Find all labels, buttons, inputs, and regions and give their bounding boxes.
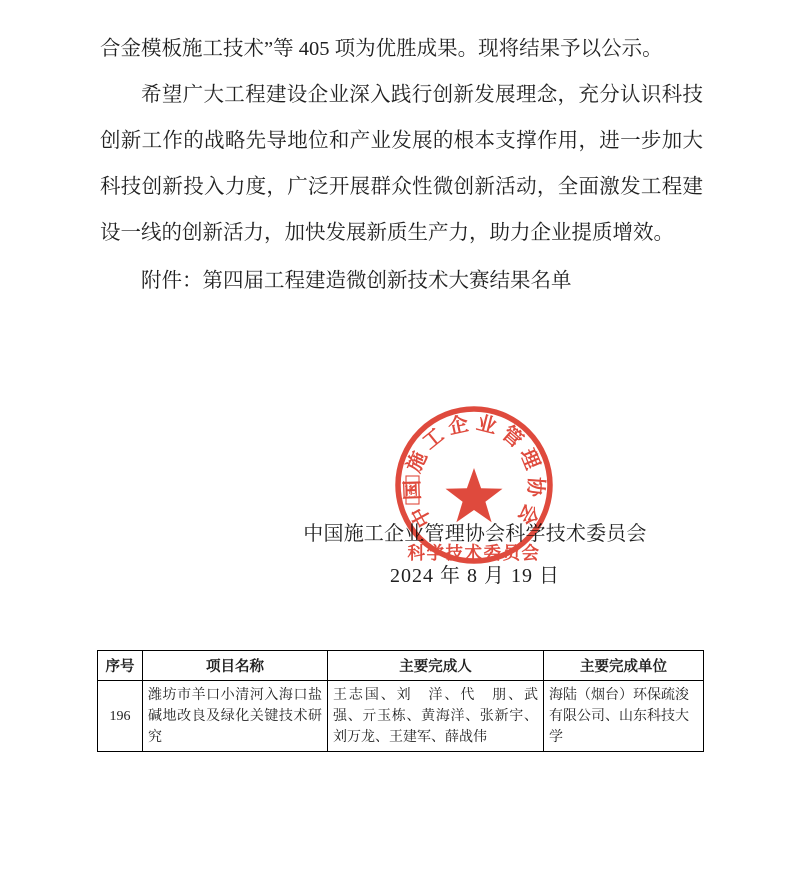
seal-star-icon: [446, 468, 503, 522]
cell-main-contributors: 王志国、刘 洋、代 朋、武 强、亓玉栋、黄海洋、张新宇、刘万龙、王建军、薛战伟: [328, 681, 544, 752]
cell-project-name: 潍坊市羊口小清河入海口盐碱地改良及绿化关键技术研究: [143, 681, 328, 752]
column-header-people: 主要完成人: [328, 651, 544, 681]
official-seal: 中国施工企业管理协会 科学技术委员会 1521: [391, 402, 557, 568]
cell-main-organizations: 海陆（烟台）环保疏浚有限公司、山东科技大学: [544, 681, 704, 752]
table-row: 196 潍坊市羊口小清河入海口盐碱地改良及绿化关键技术研究 王志国、刘 洋、代 …: [98, 681, 704, 752]
cell-serial-number: 196: [98, 681, 143, 752]
body-text-line: 设一线的创新活力，加快发展新质生产力，助力企业提质增效。: [100, 210, 703, 256]
seal-code-text: 1521: [407, 481, 417, 499]
column-header-org: 主要完成单位: [544, 651, 704, 681]
column-header-serial: 序号: [98, 651, 143, 681]
body-text-line: 合金模板施工技术”等 405 项为优胜成果。现将结果予以公示。: [100, 26, 703, 72]
seal-bottom-text: 科学技术委员会: [408, 543, 541, 563]
body-text-line: 希望广大工程建设企业深入践行创新发展理念，充分认识科技: [100, 72, 703, 118]
body-text-line: 创新工作的战略先导地位和产业发展的根本支撑作用，进一步加大: [100, 118, 703, 164]
attachment-line: 附件：第四届工程建造微创新技术大赛结果名单: [100, 258, 703, 304]
table-header-row: 序号 项目名称 主要完成人 主要完成单位: [98, 651, 704, 681]
document-page: 合金模板施工技术”等 405 项为优胜成果。现将结果予以公示。 希望广大工程建设…: [0, 0, 793, 874]
column-header-project: 项目名称: [143, 651, 328, 681]
body-text: 合金模板施工技术”等 405 项为优胜成果。现将结果予以公示。 希望广大工程建设…: [100, 26, 703, 304]
results-table: 序号 项目名称 主要完成人 主要完成单位 196 潍坊市羊口小清河入海口盐碱地改…: [97, 650, 704, 752]
body-text-line: 科技创新投入力度，广泛开展群众性微创新活动，全面激发工程建: [100, 164, 703, 210]
